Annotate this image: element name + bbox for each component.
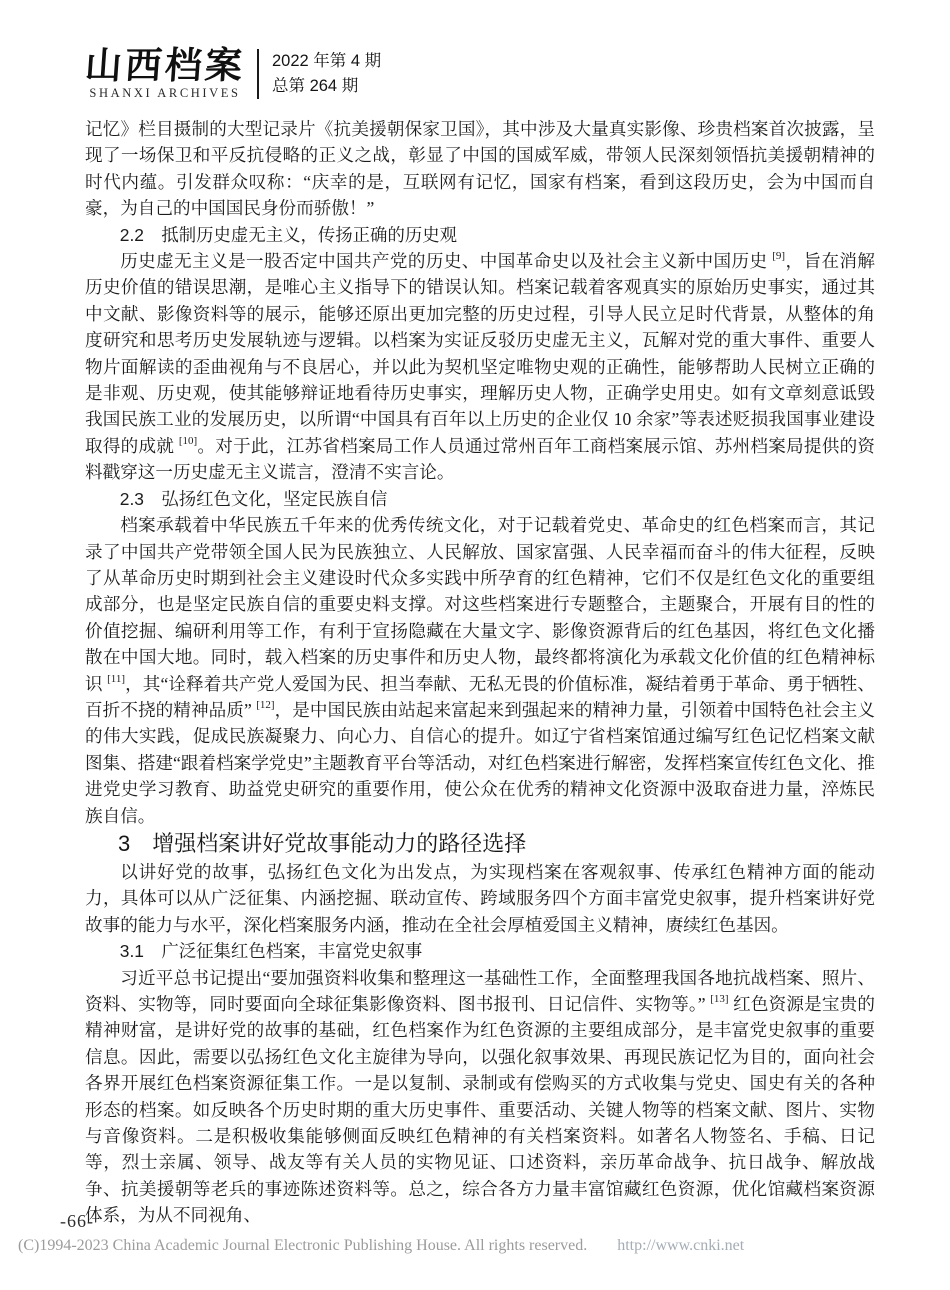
heading-3: 3 增强档案讲好党故事能动力的路径选择 <box>85 829 875 859</box>
paragraph-2-3: 档案承载着中华民族五千年来的优秀传统文化，对于记载着党史、革命史的红色档案而言，… <box>85 512 875 829</box>
paragraph-3-intro: 以讲好党的故事，弘扬红色文化为出发点，为实现档案在客观叙事、传承红色精神方面的能… <box>85 859 875 938</box>
issue-info: 2022 年第 4 期 总第 264 期 <box>272 49 381 99</box>
header-divider <box>257 49 259 99</box>
heading-2-3: 2.3 弘扬红色文化，坚定民族自信 <box>85 486 875 512</box>
paragraph-continuation: 记忆》栏目摄制的大型记录片《抗美援朝保家卫国》，其中涉及大量真实影像、珍贵档案首… <box>85 116 875 222</box>
journal-header: 山西档案 SHANXI ARCHIVES 2022 年第 4 期 总第 264 … <box>85 46 381 101</box>
heading-3-1: 3.1 广泛征集红色档案，丰富党史叙事 <box>85 938 875 964</box>
page-number: -66- <box>60 1211 94 1232</box>
citation-superscript: [11] <box>107 673 125 685</box>
heading-2-2: 2.2 抵制历史虚无主义，传扬正确的历史观 <box>85 222 875 248</box>
copyright-line: (C)1994-2023 China Academic Journal Elec… <box>18 1237 933 1255</box>
journal-logo-english: SHANXI ARCHIVES <box>89 86 240 101</box>
journal-logo-chinese: 山西档案 <box>84 46 247 84</box>
citation-superscript: [13] <box>710 993 728 1005</box>
issue-number: 2022 年第 4 期 <box>272 49 381 74</box>
copyright-text: (C)1994-2023 China Academic Journal Elec… <box>18 1237 587 1254</box>
cnki-url: http://www.cnki.net <box>617 1237 744 1254</box>
issue-total: 总第 264 期 <box>272 74 381 99</box>
article-body: 记忆》栏目摄制的大型记录片《抗美援朝保家卫国》，其中涉及大量真实影像、珍贵档案首… <box>85 116 875 1229</box>
paragraph-2-2: 历史虚无主义是一股否定中国共产党的历史、中国革命史以及社会主义新中国历史 [9]… <box>85 248 875 486</box>
citation-superscript: [12] <box>256 699 274 711</box>
citation-superscript: [9] <box>772 250 785 262</box>
citation-superscript: [10] <box>179 435 197 447</box>
paragraph-3-1: 习近平总书记提出“要加强资料收集和整理这一基础性工作，全面整理我国各地抗战档案、… <box>85 965 875 1229</box>
journal-page: 山西档案 SHANXI ARCHIVES 2022 年第 4 期 总第 264 … <box>0 0 950 1290</box>
journal-logo: 山西档案 SHANXI ARCHIVES <box>85 46 245 101</box>
